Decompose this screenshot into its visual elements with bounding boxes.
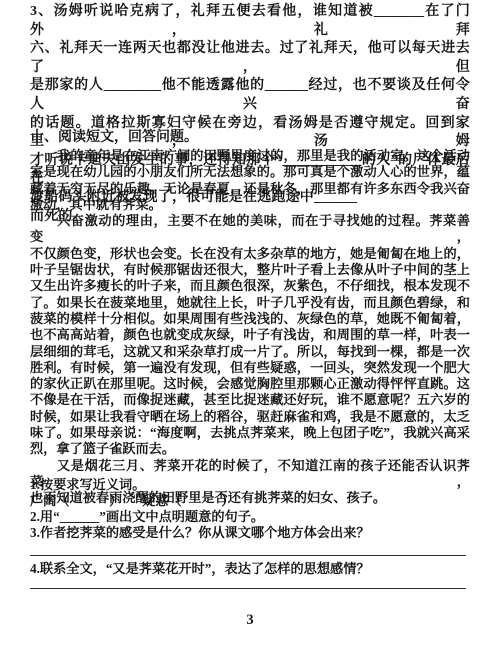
- answer-line: [30, 555, 466, 556]
- passage-line: 胜利。有时候，第一遍没有发现，但有些疑惑，一回头，突然发现一个肥大: [30, 360, 470, 376]
- passage-line: 时候，如果让我看守晒在场上的稻谷，驱赶麻雀和鸡，我是不愿意的，太乏: [30, 409, 470, 425]
- passage-line: 层细细的茸毛，这就又和采杂草打成一片了。所以，每找到一棵，都是一次: [30, 344, 470, 360]
- text-line: 3、汤姆听说哈克病了，礼拜五便去看他，谁知道被_______在了门外，礼拜: [30, 3, 470, 40]
- passage-line: 又生出许多瘦长的叶子来，而且颜色很深，灰紫色，不仔细找，根本发现不: [30, 278, 470, 294]
- passage-line: 藏着无穷无尽的乐趣。无论是春夏，还是秋冬，那里都有许多东西令我兴奋: [30, 181, 470, 197]
- page-number: 3: [0, 612, 500, 629]
- section-heading: 十、阅读短文，回答问题。: [30, 129, 470, 148]
- question-2: 2.用“______”画出文中点明题意的句子。: [30, 509, 470, 525]
- passage-line: 兴奋激动的理由，主要不在她的美味，而在于寻找她的过程。荠菜善变，: [30, 213, 470, 246]
- passage-line: 室是现在幼儿园的小朋友们所无法想象的。那可真是个激动人心的世界，蕴: [30, 164, 470, 180]
- passage-line: 也不高高站着，颜色也就变成灰绿，叶子有浅齿，和周围的草一样，叶表一: [30, 327, 470, 343]
- text-line: 是那家的人________他不能透露他的______经过，也不要谈及任何令人兴奋: [30, 77, 470, 114]
- passage-line: 我的童年是在江南广阔的田野里度过的，那里是我的活动室。这个活动: [30, 148, 470, 164]
- passage-line: 激动，其中就有荠菜。: [30, 197, 470, 213]
- passage-line: 不仅颜色变，形状也会变。长在没有太多杂草的地方，她是匍匐在地上的，: [30, 246, 470, 262]
- text-line: 六、礼拜天一连两天也都没让他进去。过了礼拜天，他可以每天进去了，但: [30, 40, 470, 77]
- question-1-word-blanks: 广阔（ ） 疑惑（ ）: [30, 493, 470, 509]
- passage-line: 不像是在干活，而像捉迷藏，甚至比捉迷藏还好玩，谁不愿意呢？五六岁的: [30, 392, 470, 408]
- passage-line: 叶子呈锯齿状，有时候那锯齿还很大，整片叶子看上去像从叶子中间的茎上: [30, 262, 470, 278]
- questions-section: 1.按要求写近义词。 广阔（ ） 疑惑（ ） 2.用“______”画出文中点明…: [30, 477, 470, 541]
- question-3: 3.作者挖荠菜的感受是什么？你从课文哪个地方体会出来？: [30, 525, 470, 541]
- passage-line: 的家伙正趴在那里呢。这时候，会感觉胸腔里那颗心正激动得怦怦直跳。这: [30, 376, 470, 392]
- passage-line: 了。如果长在菠菜地里，她就往上长，叶子几乎没有齿，而且颜色碧绿，和: [30, 295, 470, 311]
- question-1: 1.按要求写近义词。: [30, 477, 470, 493]
- worksheet-page: 3、汤姆听说哈克病了，礼拜五便去看他，谁知道被_______在了门外，礼拜 六、…: [0, 0, 500, 660]
- reading-passage: 我的童年是在江南广阔的田野里度过的，那里是我的活动室。这个活动 室是现在幼儿园的…: [30, 148, 470, 507]
- question-4: 4.联系全文，“又是荠菜花开时”，表达了怎样的思想感情？: [30, 561, 470, 577]
- answer-line: [30, 588, 466, 589]
- passage-line: 菠菜的模样十分相似。如果周围有些浅浅的、灰绿色的草，她既不匍匐着，: [30, 311, 470, 327]
- passage-line: 味了。如果母亲说：“海度啊，去挑点荠菜来，晚上包团子吃”，我就兴高采: [30, 425, 470, 441]
- passage-line: 烈，拿了篮子雀跃而去。: [30, 441, 470, 457]
